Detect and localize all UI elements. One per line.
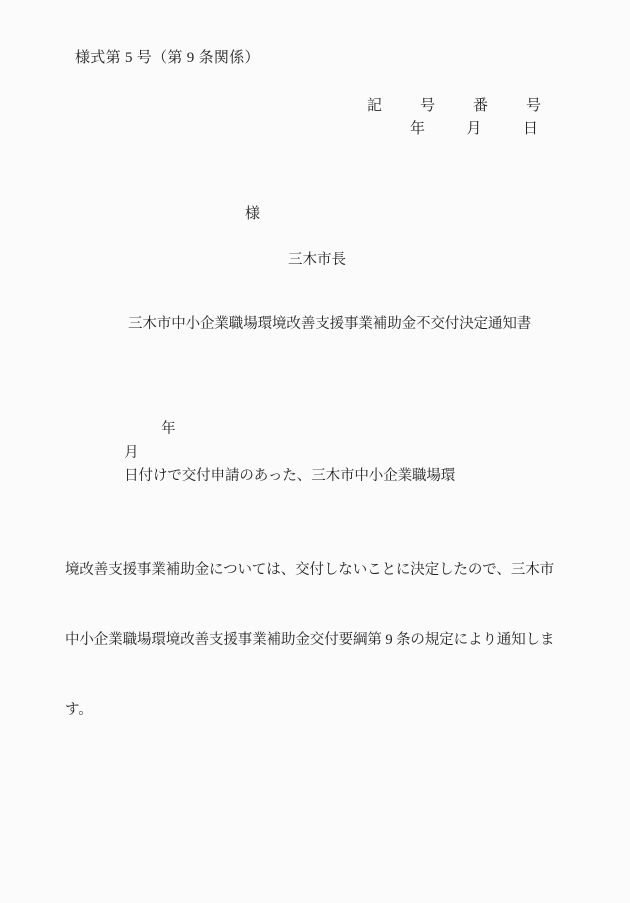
date-month-label: 月 xyxy=(466,117,481,138)
date-line: 年 月 日 xyxy=(410,117,538,138)
body-line-1: 年 月 日付けで交付申請のあった、三木市中小企業職場環 xyxy=(65,395,567,512)
body-line-3: 中小企業職場環境改善支援事業補助金交付要綱第 9 条の規定により通知しま xyxy=(65,629,567,652)
date-year-label: 年 xyxy=(410,117,425,138)
document-page: 様式第 5 号（第 9 条関係） 記 号 番 号 年 月 日 様 三木市長 三木… xyxy=(0,0,630,903)
date-day-label: 日 xyxy=(523,117,538,138)
reference-label-ki: 記 xyxy=(367,94,382,115)
body-paragraph: 年 月 日付けで交付申請のあった、三木市中小企業職場環 境改善支援事業補助金につ… xyxy=(65,348,567,769)
recipient-honorific: 様 xyxy=(245,202,260,223)
reference-number-line: 記 号 番 号 xyxy=(367,94,541,115)
reference-label-gou-1: 号 xyxy=(420,94,435,115)
sender-name: 三木市長 xyxy=(288,248,346,269)
form-number: 様式第 5 号（第 9 条関係） xyxy=(75,46,260,67)
reference-label-gou-2: 号 xyxy=(526,94,541,115)
body-month-label: 月 xyxy=(124,445,138,461)
body-line-4: す。 xyxy=(65,699,567,722)
body-year-label: 年 xyxy=(161,421,175,437)
reference-label-ban: 番 xyxy=(473,94,488,115)
document-title: 三木市中小企業職場環境改善支援事業補助金不交付決定通知書 xyxy=(128,312,531,333)
body-line-1-text: 日付けで交付申請のあった、三木市中小企業職場環 xyxy=(124,468,455,484)
body-line-2: 境改善支援事業補助金については、交付しないことに決定したので、三木市 xyxy=(65,559,567,582)
